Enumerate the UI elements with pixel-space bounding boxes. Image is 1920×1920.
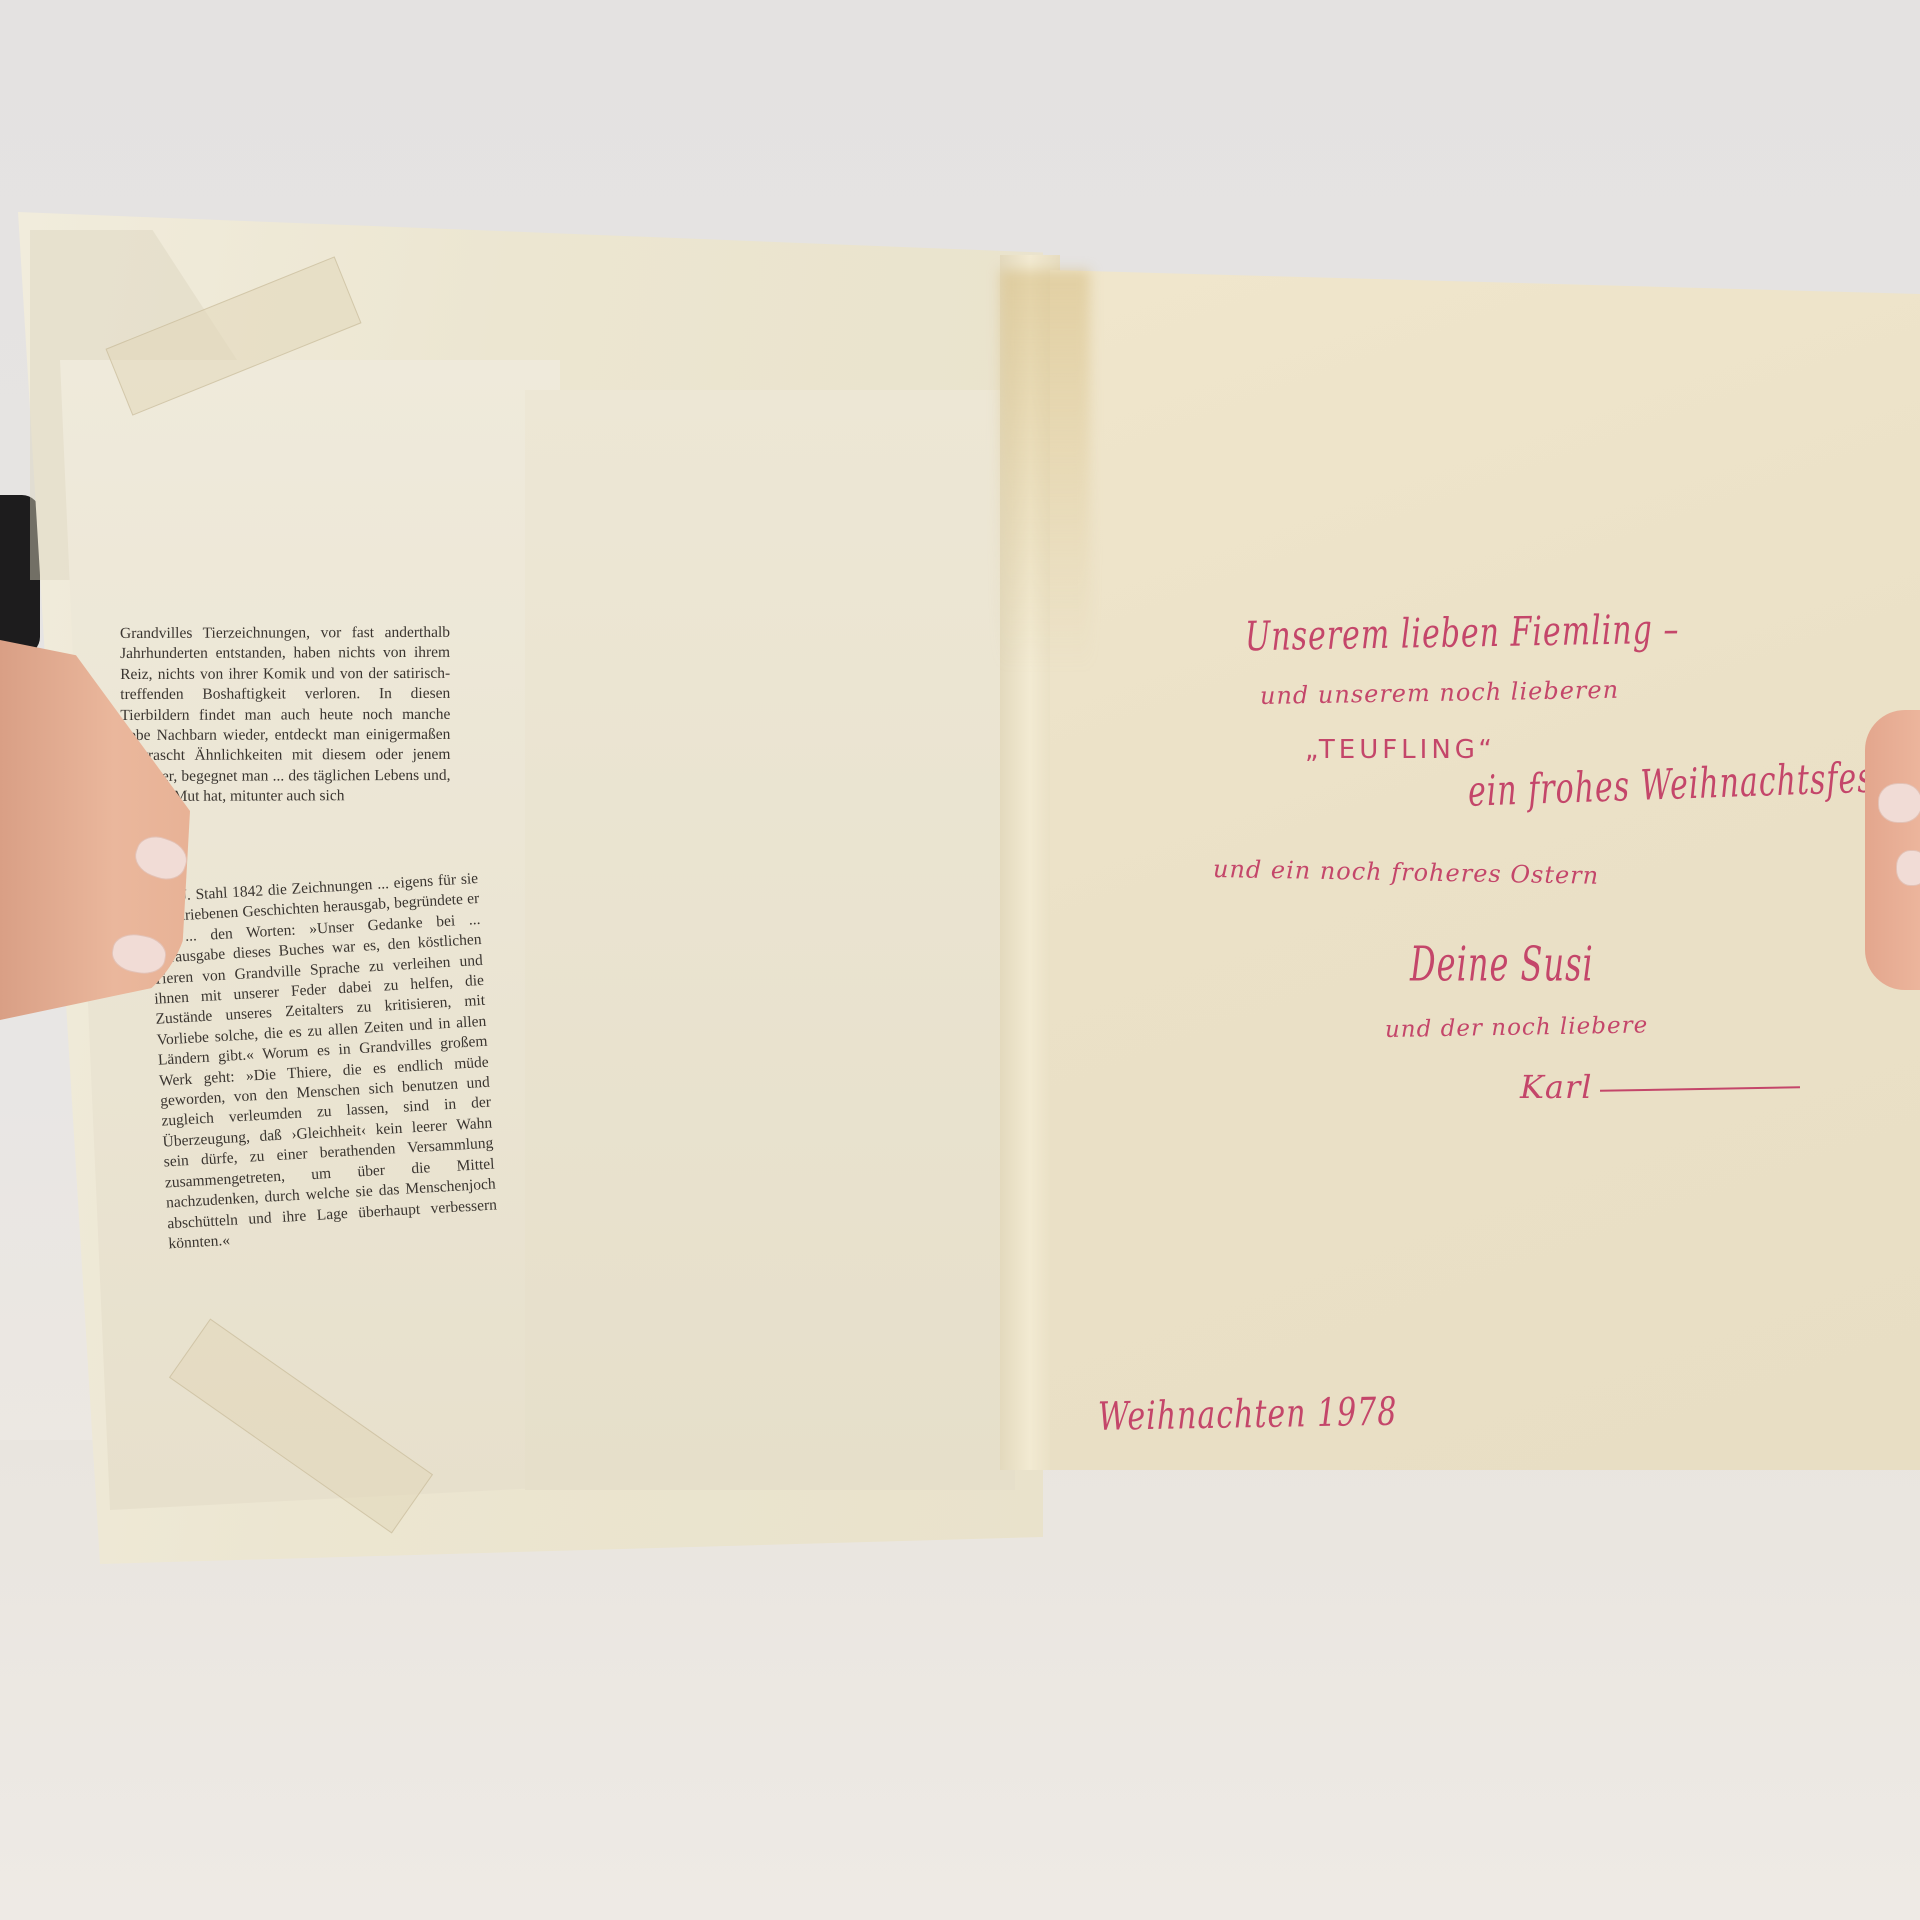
inscription-signature-1: Deine Susi bbox=[1410, 936, 1594, 993]
inscription-line-7: und der noch liebere bbox=[1385, 1012, 1649, 1043]
fingernail bbox=[1896, 850, 1920, 886]
inscription-line-1: Unserem lieben Fiemling – bbox=[1245, 606, 1680, 661]
inscription-line-3: „TEUFLING“ bbox=[1305, 735, 1496, 765]
open-book: Grandvilles Tierzeichnungen, vor fast an… bbox=[0, 0, 1920, 1920]
flap-blurb-bottom: ... P.-J. Stahl 1842 die Zeichnungen ...… bbox=[148, 869, 499, 1255]
inscription-signature-2: Karl bbox=[1520, 1068, 1593, 1106]
water-stain bbox=[1000, 270, 1090, 670]
flap-paragraph-2: ... P.-J. Stahl 1842 die Zeichnungen ...… bbox=[148, 869, 499, 1255]
inscription-date: Weihnachten 1978 bbox=[1098, 1390, 1398, 1441]
flap-paragraph-1: Grandvilles Tierzeichnungen, vor fast an… bbox=[120, 623, 451, 808]
fingernail bbox=[1878, 783, 1920, 823]
inner-cover-panel bbox=[525, 390, 1015, 1490]
